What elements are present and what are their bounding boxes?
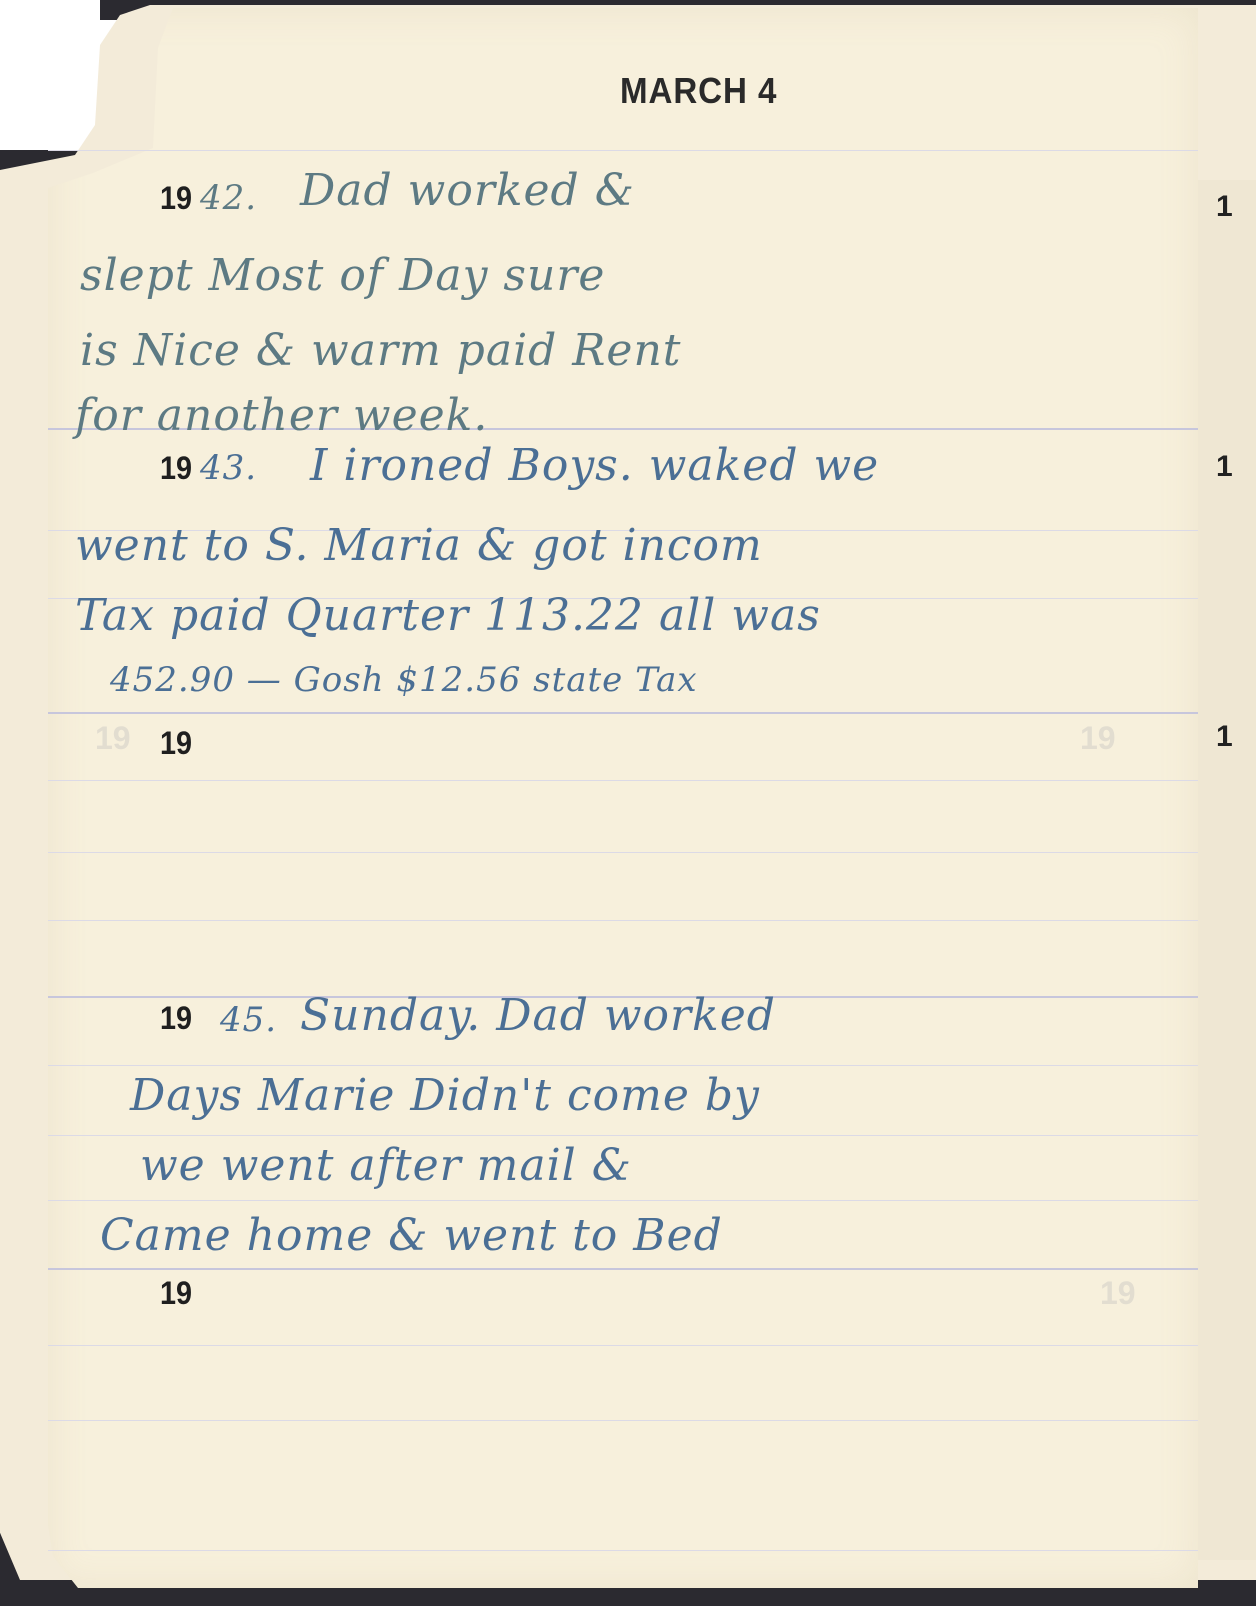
ruled-line — [48, 780, 1198, 781]
page-date-header: MARCH 4 — [620, 70, 777, 112]
handwritten-year-suffix: 42. — [200, 178, 257, 218]
handwritten-line: slept Most of Day sure — [80, 250, 605, 301]
printed-year-prefix: 19 — [160, 1275, 192, 1312]
handwritten-line: Came home & went to Bed — [100, 1210, 723, 1261]
handwritten-line: Sunday. Dad worked — [300, 990, 776, 1041]
bleed-through-year: 19 — [1100, 1275, 1136, 1312]
ruled-line — [48, 1135, 1198, 1136]
printed-year-prefix: 19 — [160, 180, 192, 217]
printed-year-prefix: 19 — [160, 725, 192, 762]
next-page-year-digit: 1 — [1216, 450, 1233, 484]
diary-page — [48, 8, 1198, 1588]
handwritten-line: I ironed Boys. waked we — [310, 440, 879, 491]
printed-year-prefix: 19 — [160, 1000, 192, 1037]
bleed-through-year: 19 — [1080, 720, 1116, 757]
handwritten-line: 452.90 — Gosh $12.56 state Tax — [110, 660, 698, 700]
ruled-line — [48, 712, 1198, 714]
ruled-line — [48, 1420, 1198, 1421]
ruled-line — [48, 1550, 1198, 1551]
ruled-line — [48, 1268, 1198, 1270]
handwritten-line: Days Marie Didn't come by — [130, 1070, 760, 1121]
ruled-line — [48, 1345, 1198, 1346]
handwritten-line: went to S. Maria & got incom — [75, 520, 763, 571]
ruled-line — [48, 852, 1198, 853]
ruled-line — [48, 1065, 1198, 1066]
ruled-line — [48, 1200, 1198, 1201]
bleed-through-year: 19 — [95, 720, 131, 757]
handwritten-year-suffix: 45. — [220, 1000, 277, 1040]
handwritten-line: is Nice & warm paid Rent — [80, 325, 681, 376]
next-page-year-digit: 1 — [1216, 190, 1233, 224]
ruled-line — [48, 920, 1198, 921]
handwritten-line: Tax paid Quarter 113.22 all was — [75, 590, 821, 641]
handwritten-line: for another week. — [75, 390, 488, 441]
handwritten-line: we went after mail & — [140, 1140, 632, 1191]
handwritten-line: Dad worked & — [300, 165, 635, 216]
ruled-line — [48, 150, 1198, 151]
printed-year-prefix: 19 — [160, 450, 192, 487]
next-page-edge: 1 1 1 — [1196, 180, 1256, 1560]
next-page-year-digit: 1 — [1216, 720, 1233, 754]
handwritten-year-suffix: 43. — [200, 448, 257, 488]
